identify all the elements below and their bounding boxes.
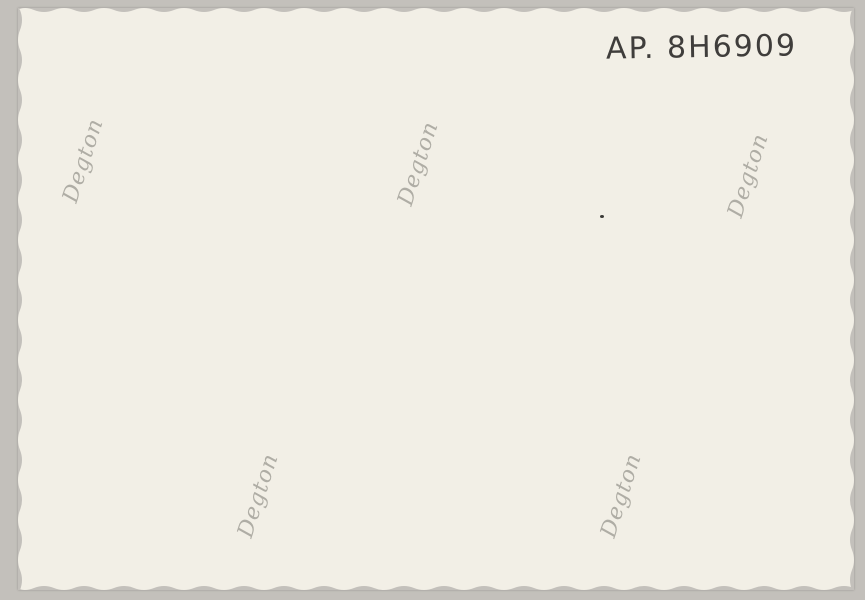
deckled-edge-bottom [18, 584, 854, 590]
watermark-1: Degton [58, 115, 109, 205]
deckled-edge-left [18, 8, 24, 590]
deckled-edge-right [848, 8, 854, 590]
deckled-edge-top [18, 8, 854, 14]
watermark-5: Degton [596, 450, 647, 540]
watermark-4: Degton [233, 450, 284, 540]
watermark-3: Degton [723, 130, 774, 220]
ink-speck [600, 215, 604, 218]
watermark-2: Degton [393, 118, 444, 208]
photo-back-card: AP. 8H6909 Degton Degton Degton Degton D… [18, 8, 854, 590]
handwritten-inscription: AP. 8H6909 [606, 28, 798, 66]
